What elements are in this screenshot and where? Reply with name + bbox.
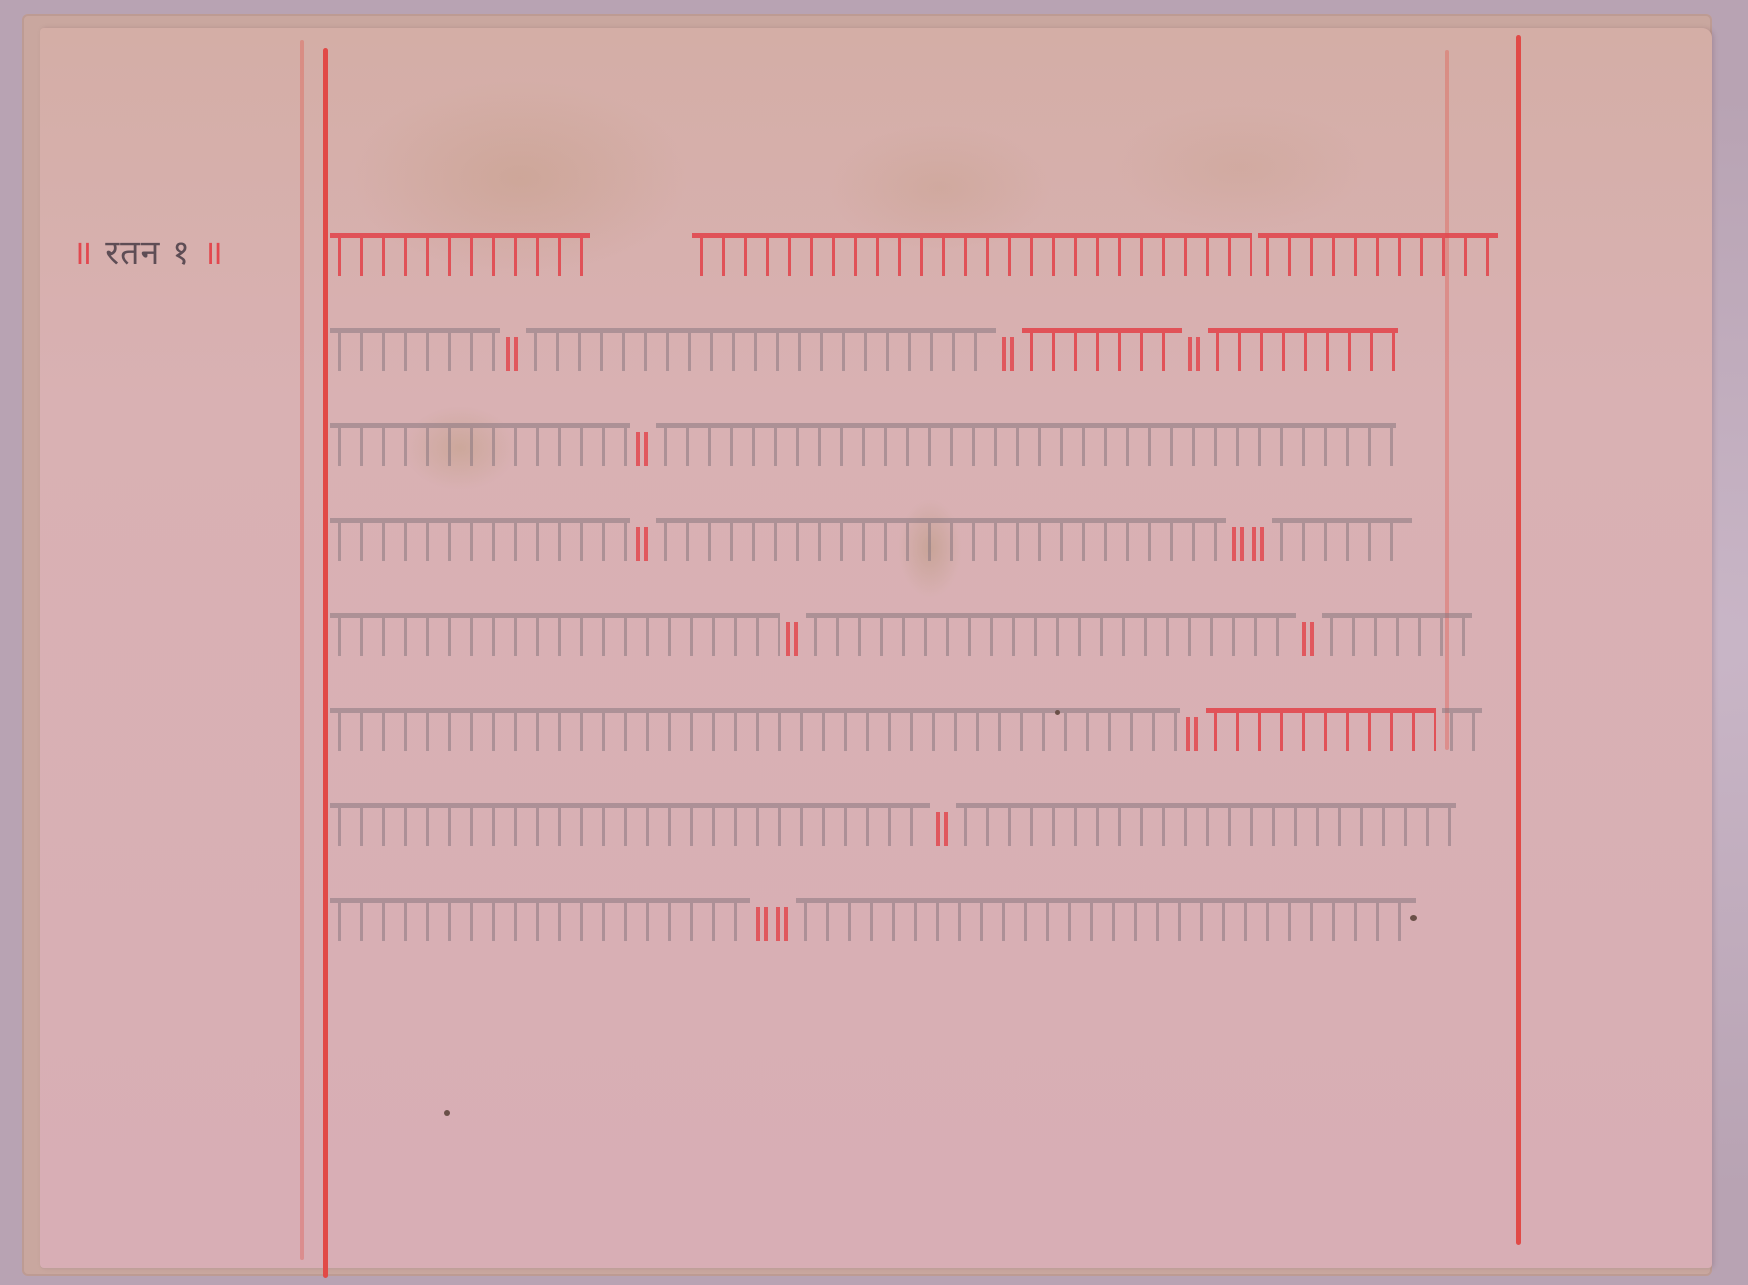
- double-danda-mark: [1302, 622, 1316, 656]
- manuscript-text-line: [330, 410, 1396, 466]
- double-danda-mark: [936, 812, 950, 846]
- double-danda-mark: [1188, 337, 1202, 371]
- ink-speck: [444, 1110, 450, 1116]
- faded-text-segment: [330, 803, 930, 846]
- close-double-danda: ॥: [203, 233, 224, 273]
- double-danda-mark: [1002, 337, 1016, 371]
- ink-speck: [1410, 915, 1417, 921]
- faded-text-segment: [526, 328, 996, 371]
- ink-speck: [1055, 710, 1060, 715]
- manuscript-text-line: [330, 790, 1456, 846]
- red-ruling-left-margin: [323, 48, 328, 1278]
- faded-text-segment: [956, 803, 1456, 846]
- double-danda-mark: [786, 622, 800, 656]
- red-ruling-right-margin: [1516, 35, 1521, 1245]
- faded-text-segment: [330, 423, 630, 466]
- faded-text-segment: [330, 898, 750, 941]
- double-danda-mark: [506, 337, 520, 371]
- margin-folio-label: ॥ रतन १ ॥: [72, 228, 224, 274]
- faded-text-segment: [330, 708, 1180, 751]
- double-danda-mark: [636, 527, 650, 561]
- faded-text-segment: [656, 518, 1226, 561]
- double-danda-mark: [1252, 527, 1266, 561]
- rubric-text-segment: [1208, 328, 1398, 371]
- faded-text-segment: [330, 613, 780, 656]
- faded-text-segment: [796, 898, 1416, 941]
- double-danda-mark: [636, 432, 650, 466]
- rubric-text-segment: [1022, 328, 1182, 371]
- margin-label-text: रतन १: [105, 233, 191, 273]
- faded-text-segment: [806, 613, 1296, 656]
- faded-text-segment: [1322, 613, 1472, 656]
- rubric-text-segment: [692, 233, 1252, 276]
- manuscript-text-line: [330, 695, 1482, 751]
- manuscript-text-line: [330, 220, 1498, 276]
- faded-text-segment: [330, 328, 500, 371]
- rubric-text-segment: [330, 233, 590, 276]
- rubric-text-segment: [1258, 233, 1498, 276]
- faded-text-segment: [1272, 518, 1412, 561]
- manuscript-text-line: [330, 885, 1416, 941]
- open-double-danda: ॥: [72, 233, 93, 273]
- faded-text-segment: [1442, 708, 1482, 751]
- manuscript-text-line: [330, 505, 1412, 561]
- rubric-text-segment: [1206, 708, 1436, 751]
- faded-text-segment: [330, 518, 630, 561]
- manuscript-text-line: [330, 315, 1398, 371]
- faint-ruling-left: [300, 40, 304, 1260]
- manuscript-text-line: [330, 600, 1472, 656]
- double-danda-mark: [776, 907, 790, 941]
- double-danda-mark: [1232, 527, 1246, 561]
- double-danda-mark: [1186, 717, 1200, 751]
- faded-text-segment: [656, 423, 1396, 466]
- double-danda-mark: [756, 907, 770, 941]
